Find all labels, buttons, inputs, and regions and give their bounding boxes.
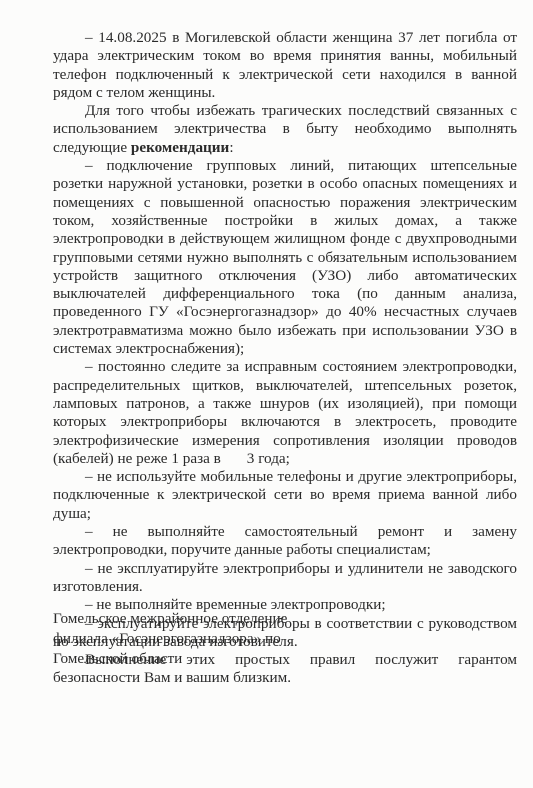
incident-paragraph: – 14.08.2025 в Могилевской области женщи… <box>53 29 517 102</box>
intro-paragraph: Для того чтобы избежать трагических посл… <box>53 102 517 157</box>
recommendation-item-extensions: – не эксплуатируйте электроприборы и удл… <box>53 560 517 597</box>
inspection-period: 3 года; <box>247 450 290 467</box>
recommendation-item-inspection: – постоянно следите за исправным состоян… <box>53 358 517 468</box>
recommendations-colon: : <box>229 139 233 156</box>
recommendation-item-rcd: – подключение групповых линий, питающих … <box>53 157 517 358</box>
signature-line-3: Гомельской области <box>53 649 287 669</box>
intro-text: Для того чтобы избежать трагических посл… <box>53 102 517 156</box>
signature-line-2: филиала «Госэнергогазнадзора» по <box>53 629 287 649</box>
recommendation-item-repair: – не выполняйте самостоятельный ремонт и… <box>53 523 517 560</box>
recommendations-heading: рекомендации <box>131 139 229 156</box>
recommendation-item-phones: – не используйте мобильные телефоны и др… <box>53 468 517 523</box>
signature-block: Гомельское межрайонное отделение филиала… <box>53 609 287 669</box>
document-body: – 14.08.2025 в Могилевской области женщи… <box>53 29 517 688</box>
signature-line-1: Гомельское межрайонное отделение <box>53 609 287 629</box>
